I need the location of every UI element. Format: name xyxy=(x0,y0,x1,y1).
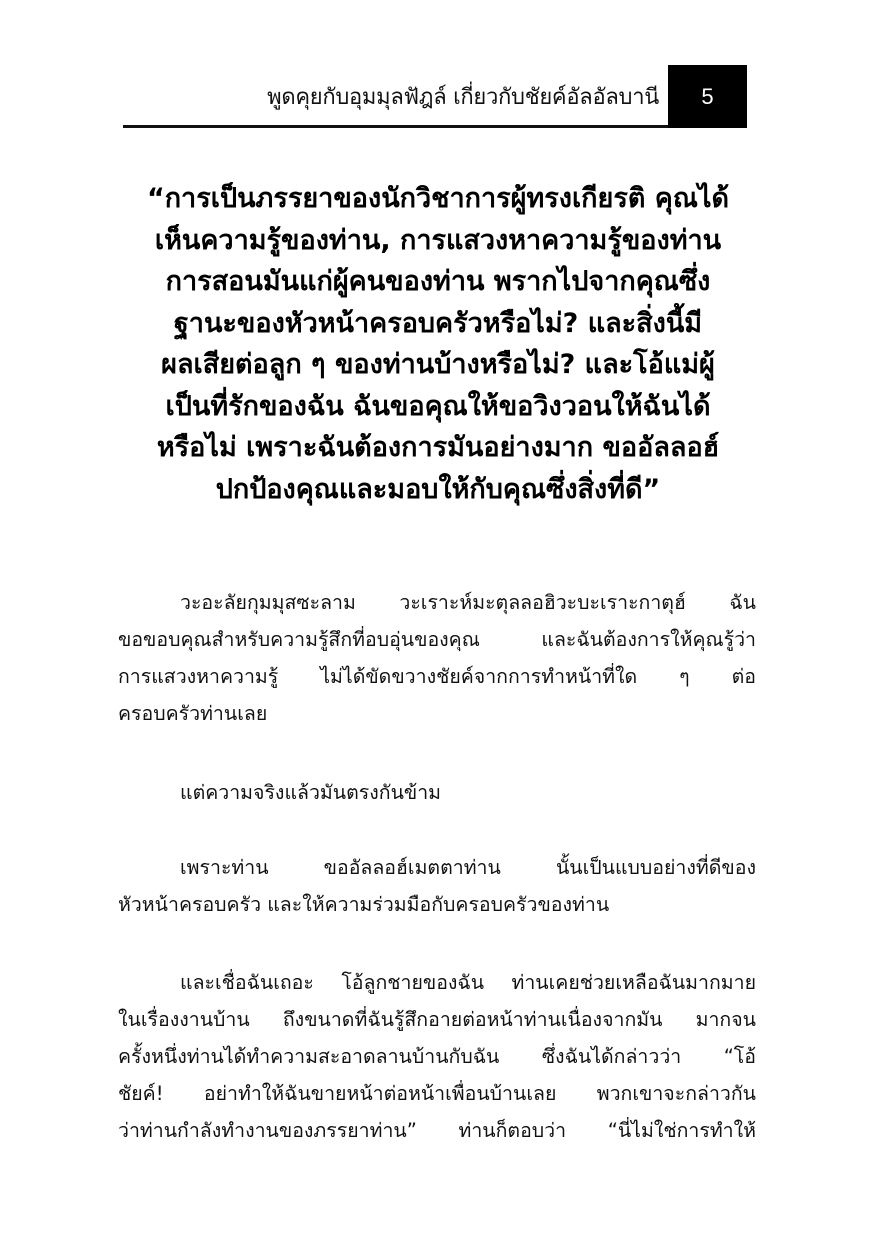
body-line: ชัยค์! อย่าทำให้ฉันขายหน้าต่อหน้าเพื่อนบ… xyxy=(118,1075,756,1112)
body-line: ในเรื่องงานบ้าน ถึงขนาดที่ฉันรู้สึกอายต่… xyxy=(118,1001,756,1038)
header-rule xyxy=(123,125,669,128)
quote-line: ฐานะของหัวหน้าครอบครัวหรือไม่? และสิ่งนี… xyxy=(118,303,758,345)
paragraph-reply-greeting: วะอะลัยกุมมุสซะลาม วะเราะห์มะตุลลอฮิวะบะ… xyxy=(118,584,756,732)
body-line: การแสวงหาความรู้ ไม่ได้ขัดขวางชัยค์จากกา… xyxy=(118,658,756,695)
quote-line: ผลเสียต่อลูก ๆ ของท่านบ้างหรือไม่? และโอ… xyxy=(118,344,758,386)
body-line: เพราะท่าน ขออัลลอฮ์เมตตาท่าน นั้นเป็นแบบ… xyxy=(118,849,756,886)
paragraph-contrary: แต่ความจริงแล้วมันตรงกันข้าม xyxy=(118,774,756,811)
quote-line: เห็นความรู้ของท่าน, การแสวงหาความรู้ของท… xyxy=(118,220,758,262)
quote-line: ปกป้องคุณและมอบให้กับคุณซึ่งสิ่งที่ดี” xyxy=(118,469,758,511)
body-line: ครั้งหนึ่งท่านได้ทำความสะอาดลานบ้านกับฉั… xyxy=(118,1038,756,1075)
body-line: และเชื่อฉันเถอะ โอ้ลูกชายของฉัน ท่านเคยช… xyxy=(118,964,756,1001)
quote-block: “การเป็นภรรยาของนักวิชาการผู้ทรงเกียรติ … xyxy=(118,178,758,510)
page-number: 5 xyxy=(668,65,747,128)
quote-line: “การเป็นภรรยาของนักวิชาการผู้ทรงเกียรติ … xyxy=(118,178,758,220)
page-header: พูดคุยกับอุมมุลฟัฎล์ เกี่ยวกับชัยค์อัลอั… xyxy=(123,65,747,128)
quote-line: หรือไม่ เพราะฉันต้องการมันอย่างมาก ขออัล… xyxy=(118,427,758,469)
body-line: แต่ความจริงแล้วมันตรงกันข้าม xyxy=(118,774,756,811)
paragraph-example: เพราะท่าน ขออัลลอฮ์เมตตาท่าน นั้นเป็นแบบ… xyxy=(118,849,756,923)
body-line: ขอขอบคุณสำหรับความรู้สึกที่อบอุ่นของคุณ … xyxy=(118,621,756,658)
body-line: วะอะลัยกุมมุสซะลาม วะเราะห์มะตุลลอฮิวะบะ… xyxy=(118,584,756,621)
body-line: ครอบครัวท่านเลย xyxy=(118,695,756,732)
body-line: หัวหน้าครอบครัว และให้ความร่วมมือกับครอบ… xyxy=(118,886,756,923)
quote-line: การสอนมันแก่ผู้คนของท่าน พรากไปจากคุณซึ่… xyxy=(118,261,758,303)
quote-line: เป็นที่รักของฉัน ฉันขอคุณให้ขอวิงวอนให้ฉ… xyxy=(118,386,758,428)
paragraph-anecdote: และเชื่อฉันเถอะ โอ้ลูกชายของฉัน ท่านเคยช… xyxy=(118,964,756,1149)
running-title: พูดคุยกับอุมมุลฟัฎล์ เกี่ยวกับชัยค์อัลอั… xyxy=(267,79,659,114)
body-line: ว่าท่านกำลังทำงานของภรรยาท่าน” ท่านก็ตอบ… xyxy=(118,1112,756,1149)
